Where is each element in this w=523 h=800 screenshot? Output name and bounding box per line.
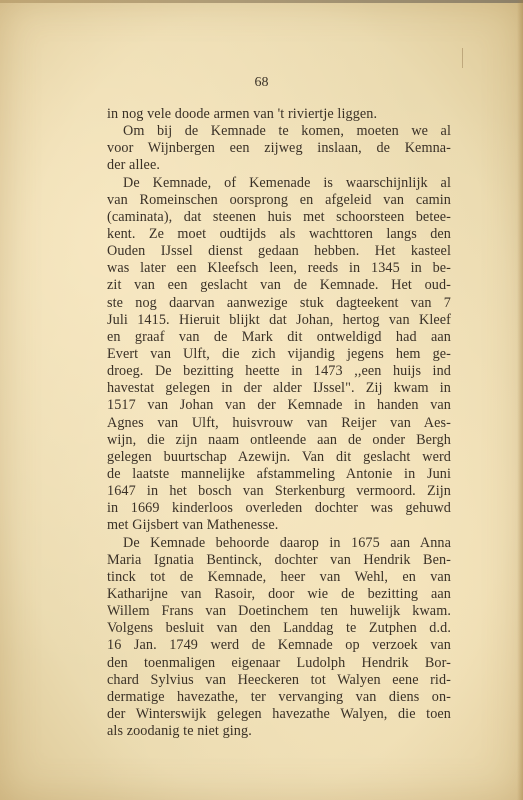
text-line: kent. Ze moet oudtijds als wachttoren la…: [107, 226, 451, 243]
text-line: der Winterswijk gelegen havezathe Walyen…: [107, 706, 451, 723]
text-line: de laatste mannelijke afstammeling Anton…: [107, 466, 451, 483]
text-line: Agnes van Ulft, huisvrouw van Reijer van…: [107, 415, 451, 432]
text-line: Maria Ignatia Bentinck, dochter van Hend…: [107, 552, 451, 569]
text-line: wijn, die zijn naam ontleende aan de ond…: [107, 432, 451, 449]
text-line: droeg. De bezitting heette in 1473 ,,een…: [107, 363, 451, 380]
page-number: 68: [0, 75, 523, 91]
text-line: was later een Kleefsch leen, reeds in 13…: [107, 260, 451, 277]
text-line: Ouden IJssel dienst gedaan hebben. Het k…: [107, 243, 451, 260]
page-right-edge: [517, 0, 523, 800]
text-line: 1647 in het bosch van Sterkenburg vermoo…: [107, 483, 451, 500]
text-line: De Kemnade, of Kemenade is waarschijnlij…: [107, 175, 451, 192]
text-line: Juli 1415. Hieruit blijkt dat Johan, her…: [107, 312, 451, 329]
text-line: De Kemnade behoorde daarop in 1675 aan A…: [107, 535, 451, 552]
text-line: 16 Jan. 1749 werd de Kemnade op verzoek …: [107, 637, 451, 654]
text-line: chard Sylvius van Heeckeren tot Walyen e…: [107, 672, 451, 689]
text-line: den toenmaligen eigenaar Ludolph Hendrik…: [107, 655, 451, 672]
book-page: 68 in nog vele doode armen van 't rivier…: [0, 0, 523, 800]
text-line: (caminata), dat steenen huis met schoors…: [107, 209, 451, 226]
text-line: Volgens besluit van den Landdag te Zutph…: [107, 620, 451, 637]
text-line: tinck tot de Kemnade, heer van Wehl, en …: [107, 569, 451, 586]
text-line: zit van een geslacht van de Kemnade. Het…: [107, 277, 451, 294]
text-line: in nog vele doode armen van 't riviertje…: [107, 106, 451, 123]
text-line: als zoodanig te niet ging.: [107, 723, 451, 740]
text-line: Willem Frans van Doetinchem ten huwelijk…: [107, 603, 451, 620]
text-line: voor Wijnbergen een zijweg inslaan, de K…: [107, 140, 451, 157]
text-line: en graaf van de Mark dit ontweldigd had …: [107, 329, 451, 346]
text-line: der allee.: [107, 157, 451, 174]
text-line: Om bij de Kemnade te komen, moeten we al: [107, 123, 451, 140]
page-top-edge: [0, 0, 523, 3]
text-line: gelegen buurtschap Azewijn. Van dit gesl…: [107, 449, 451, 466]
text-line: 1517 van Johan van der Kemnade in handen…: [107, 397, 451, 414]
text-line: Katharijne van Rasoir, door wie de bezit…: [107, 586, 451, 603]
text-line: in 1669 kinderloos overleden dochter was…: [107, 500, 451, 517]
body-text: in nog vele doode armen van 't riviertje…: [107, 106, 451, 740]
text-line: met Gijsbert van Mathenesse.: [107, 517, 451, 534]
text-line: ste nog daarvan aanwezige stuk dagteeken…: [107, 295, 451, 312]
text-line: dermatige havezathe, ter vervanging van …: [107, 689, 451, 706]
text-line: havestat gelegen in der alder IJssel". Z…: [107, 380, 451, 397]
paper-crease-mark: [462, 48, 463, 68]
text-line: van Romeinschen oorsprong en afgeleid va…: [107, 192, 451, 209]
text-line: Evert van Ulft, die zich vijandig jegens…: [107, 346, 451, 363]
